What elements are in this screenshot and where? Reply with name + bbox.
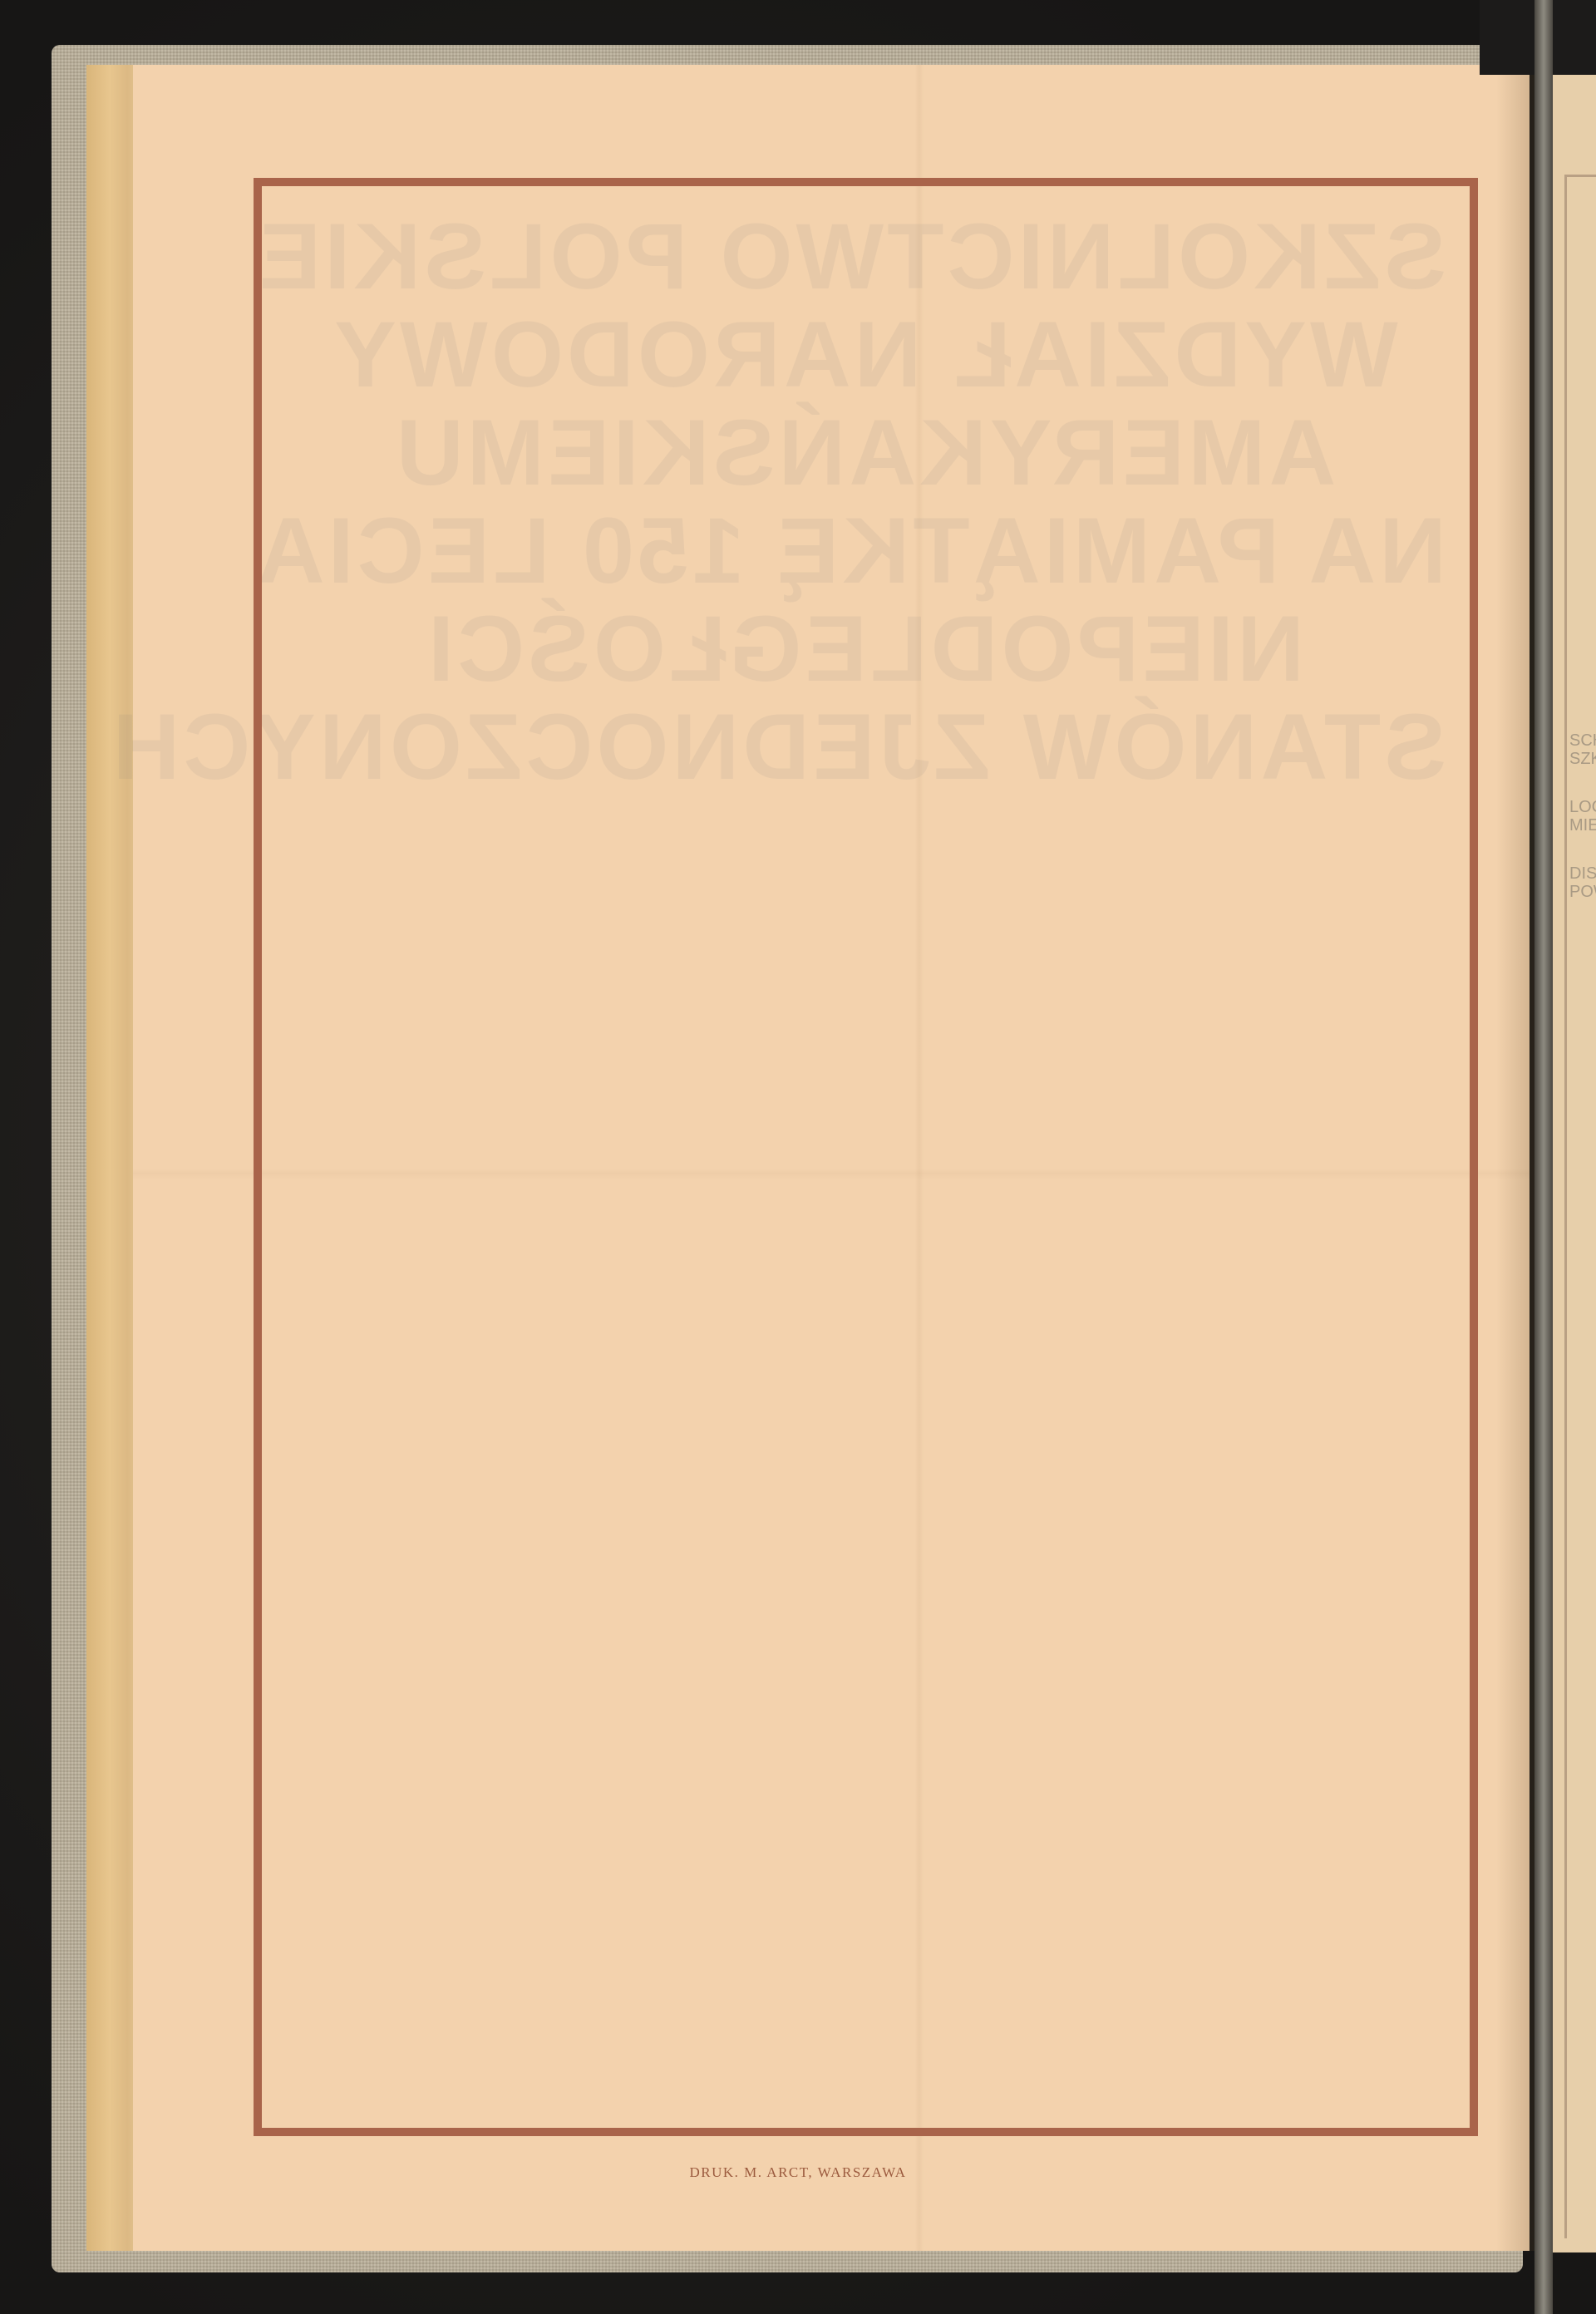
book-spine-edge — [1534, 0, 1553, 2314]
next-page-label: MIEJ — [1569, 816, 1596, 835]
next-page-label: POW — [1569, 883, 1596, 901]
next-page-label: LOCA — [1569, 798, 1596, 816]
next-page-label: SCHO — [1569, 731, 1596, 750]
next-page-frame — [1564, 175, 1596, 2238]
next-page-label: SZKO — [1569, 750, 1596, 768]
decorative-page-frame — [254, 178, 1478, 2136]
next-page-label: DIST — [1569, 864, 1596, 883]
page-gutter-shadow — [1496, 65, 1538, 2251]
printer-imprint: DRUK. M. ARCT, WARSZAWA — [0, 2164, 1596, 2181]
